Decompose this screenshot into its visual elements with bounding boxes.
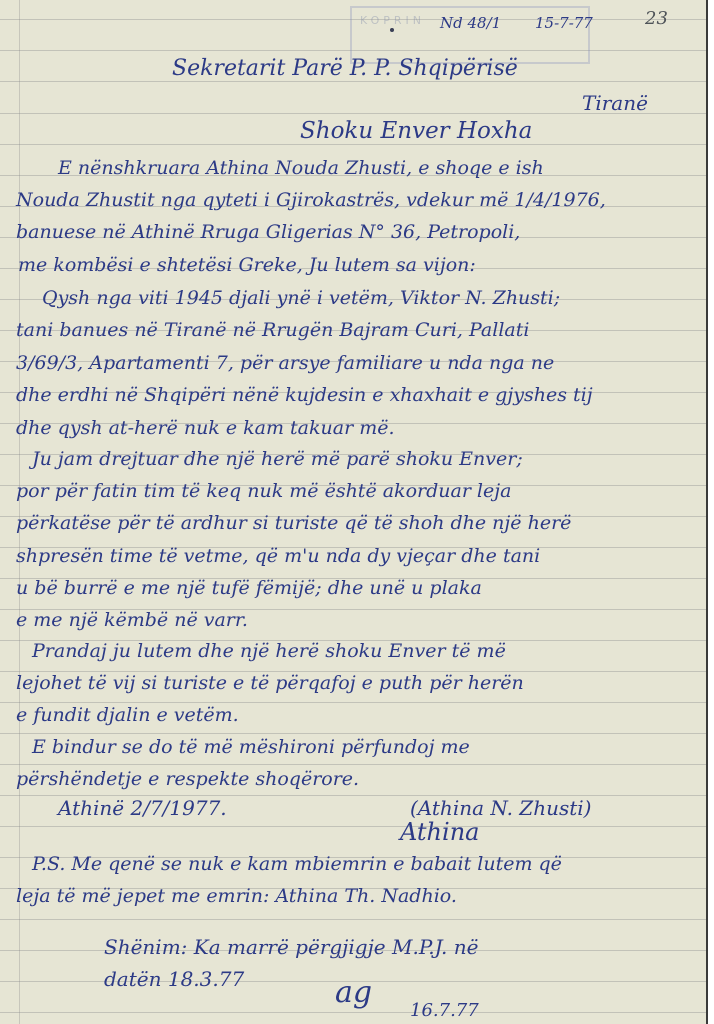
annotation-date: 16.7.77 [410, 1000, 479, 1022]
body-line: shpresën time të vetme, që m'u nda dy vj… [16, 545, 540, 567]
body-line: lejohet të vij si turiste e të përqafoj … [16, 672, 524, 694]
letter-page: KOPRIN Nd 48/1 15-7-77 23 Sekretarit Par… [0, 0, 706, 1024]
stamp-dot [390, 28, 394, 32]
body-line: por për fatin tim të keq nuk më është ak… [16, 480, 511, 502]
addressee-line-1: Sekretarit Parë P. P. Shqipërisë [172, 58, 518, 80]
body-line: banuese në Athinë Rruga Gligerias N° 36,… [16, 221, 520, 243]
annotation-line: Shënim: Ka marrë përgjigje M.P.J. në [104, 936, 478, 958]
body-line: 3/69/3, Apartamenti 7, për arsye familia… [16, 352, 554, 374]
scan-edge [706, 0, 708, 1024]
body-line: E nënshkruara Athina Nouda Zhusti, e sho… [58, 157, 544, 179]
body-line: E bindur se do të më mëshironi përfundoj… [32, 736, 470, 758]
annotation-line: datën 18.3.77 [104, 968, 244, 990]
body-line: e fundit djalin e vetëm. [16, 704, 239, 726]
body-line: dhe erdhi në Shqipëri nënë kujdesin e xh… [16, 384, 593, 406]
registration-number: Nd 48/1 [440, 14, 501, 32]
body-line: Prandaj ju lutem dhe një herë shoku Enve… [32, 640, 506, 662]
body-line: përkatëse për të ardhur si turiste që të… [16, 512, 571, 534]
body-line: Qysh nga viti 1945 djali ynë i vetëm, Vi… [42, 287, 560, 309]
body-line: tani banues në Tiranë në Rrugën Bajram C… [16, 319, 529, 341]
salutation: Shoku Enver Hoxha [300, 120, 532, 142]
page-number: 23 [645, 8, 668, 29]
body-line: Nouda Zhustit nga qyteti i Gjirokastrës,… [16, 189, 606, 211]
place-date: Athinë 2/7/1977. [58, 797, 227, 819]
signature-name: (Athina N. Zhusti) [410, 797, 591, 819]
handwritten-signature: Athina [400, 818, 479, 846]
body-line: me kombësi e shtetësi Greke, Ju lutem sa… [18, 254, 476, 276]
addressee-city: Tiranë [582, 92, 648, 114]
annotation-initials: ag [335, 975, 372, 1010]
body-line: përshëndetje e respekte shoqërore. [16, 768, 359, 790]
body-line: dhe qysh at-herë nuk e kam takuar më. [16, 417, 395, 439]
postscript-line: P.S. Me qenë se nuk e kam mbiemrin e bab… [32, 853, 562, 875]
body-line: e me një këmbë në varr. [16, 609, 248, 631]
body-line: Ju jam drejtuar dhe një herë më parë sho… [32, 448, 523, 470]
body-line: u bë burrë e me një tufë fëmijë; dhe unë… [16, 577, 482, 599]
registration-date: 15-7-77 [535, 14, 593, 32]
postscript-line: leja të më jepet me emrin: Athina Th. Na… [16, 885, 457, 907]
stamp-label: KOPRIN [360, 14, 425, 27]
